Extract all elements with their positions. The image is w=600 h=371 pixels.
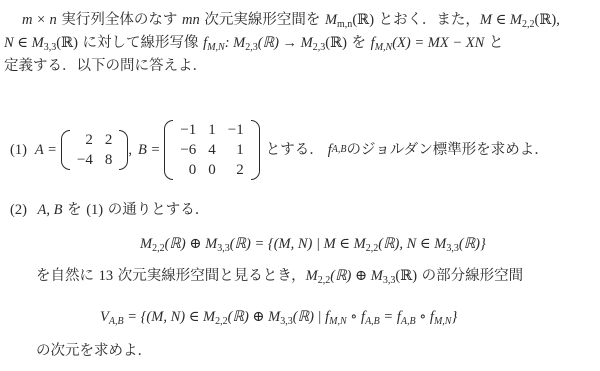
math-vars: A, B [38,202,63,218]
subscript: 3,3 [44,42,57,53]
subscript: M,N [375,42,393,53]
math: ∘ f [416,309,434,325]
math-mn: mn [182,12,200,28]
subscript: 2,2 [318,275,331,286]
matrix-cell: 0 [202,160,222,180]
text: 次元実線形空間を [200,12,325,28]
math: (ℝ) ⊕ M [165,236,218,252]
math-map: : M [225,35,246,51]
matrix-cell: 8 [99,150,119,170]
math-M-in: M ∈ M [480,12,522,28]
question-1: (1) A = 22 −48 , B = −11−1 −641 002 とする．… [10,118,549,182]
math: (ℝ) = {(M, N) | M ∈ M [230,236,366,252]
matrix-A: 22 −48 [61,130,128,170]
math: (ℝ) | f [293,309,329,325]
matrix-cell: 0 [174,160,202,180]
subscript: M,N [434,316,452,327]
question-label: (1) [10,118,27,182]
text: 次元実線形空間と見るとき， [113,268,306,284]
math: ∘ f [347,309,365,325]
math: (ℝ) [395,268,417,284]
matrix-cell: 1 [222,140,250,160]
intro-line-2: N ∈ M3,3(ℝ) に対して線形写像 fM,N: M2,3(ℝ) → M2,… [4,33,503,53]
math: M [306,268,318,284]
text: に対して線形写像 [78,35,203,51]
subscript: 2,3 [245,42,258,53]
matrix-B: −11−1 −641 002 [164,120,259,180]
text: を [347,35,371,51]
math: V [100,309,109,325]
math-R: (ℝ) [56,35,78,51]
matrix-cell: 4 [202,140,222,160]
subscript: A,B [365,316,380,327]
math: } [451,309,457,325]
subscript: m,n [337,19,352,30]
intro-line-1: m × n 実行列全体のなす mn 次元実線形空間を Mm,n(ℝ) とおく．ま… [22,10,560,30]
number: 13 [99,268,114,284]
matrix-cell: −6 [174,140,202,160]
subscript: 2,3 [313,42,326,53]
math-definition: (X) = MX − XN [392,35,484,51]
separator: , [128,118,132,182]
subscript: 2,2 [215,316,228,327]
math-N-in: N ∈ M [4,35,44,51]
subscript: 3,3 [280,316,293,327]
intro-line-3: 定義する．以下の問に答えよ． [4,56,207,76]
text: の通りとする． [103,202,209,218]
subscript: A,B [109,316,124,327]
subscript: A,B [401,316,416,327]
subscript: M,N [329,316,347,327]
matrix-cell: −4 [71,150,99,170]
matrix-cell: 2 [222,160,250,180]
question-2-final: の次元を求めよ． [36,341,152,361]
text: 定義する．以下の問に答えよ． [4,58,207,74]
matrix-cell: −1 [222,120,250,140]
equation-direct-sum: M2,2(ℝ) ⊕ M3,3(ℝ) = {(M, N) | M ∈ M2,2(ℝ… [140,234,486,254]
subscript: 3,3 [217,243,230,254]
matrix-B-label: B = [138,118,160,182]
math-R: (ℝ), [535,12,560,28]
subscript: 2,2 [152,243,165,254]
text: と [484,35,503,51]
math: = f [380,309,401,325]
math-R: (ℝ) [325,35,347,51]
math-map: (ℝ) → M [258,35,313,51]
matrix-cell: 2 [71,130,99,150]
subscript: 3,3 [383,275,396,286]
text: の次元を求めよ． [36,343,152,359]
subscript: 3,3 [446,243,459,254]
text: とおく．また， [374,12,480,28]
matrix-cell: −1 [174,120,202,140]
matrix-cell: 2 [99,130,119,150]
math-m-times-n: m × n [22,12,57,28]
math: (ℝ), N ∈ M [378,236,446,252]
matrix-A-label: A = [35,118,57,182]
subscript: M,N [207,42,225,53]
subscript: 2,2 [522,19,535,30]
math-R: (ℝ) [352,12,374,28]
question-2-middle: を自然に 13 次元実線形空間と見るとき，M2,2(ℝ) ⊕ M3,3(ℝ) の… [36,266,523,286]
text: とする． [266,118,324,182]
math: M [140,236,152,252]
question-label: (2) [10,202,27,218]
equation-V-AB: VA,B = {(M, N) ∈ M2,2(ℝ) ⊕ M3,3(ℝ) | fM,… [100,307,457,327]
reference: (1) [86,202,103,218]
text: の部分線形空間 [417,268,523,284]
math: (ℝ)} [459,236,486,252]
math: (ℝ) ⊕ M [228,309,281,325]
subscript: 2,2 [366,243,379,254]
text: を [63,202,87,218]
math: = {(M, N) ∈ M [124,309,216,325]
text: 実行列全体のなす [57,12,182,28]
text: のジョルダン標準形を求めよ． [347,118,549,182]
question-2-intro: (2) A, B を (1) の通りとする． [10,200,209,220]
math: (ℝ) ⊕ M [330,268,383,284]
matrix-cell: 1 [202,120,222,140]
text: を自然に [36,268,99,284]
math-M: M [325,12,337,28]
